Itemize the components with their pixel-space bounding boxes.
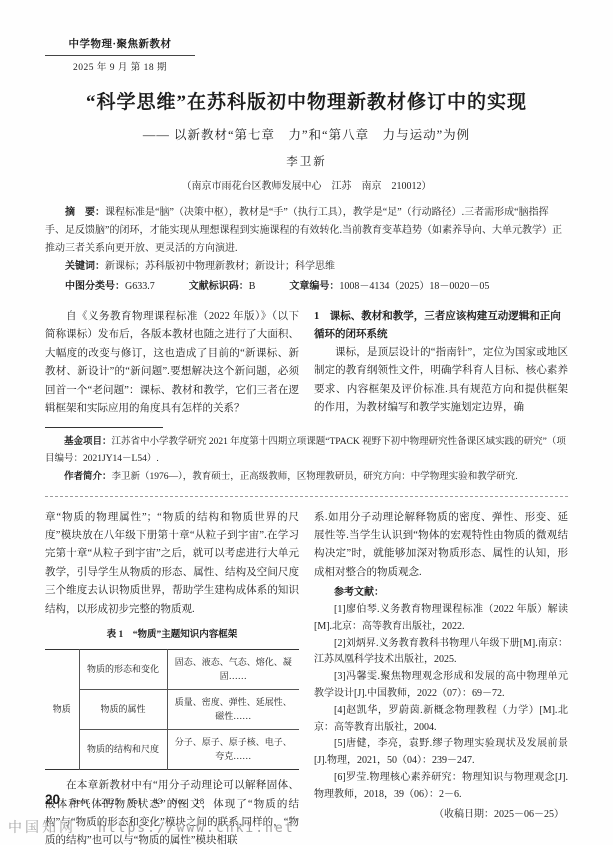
abstract-text: 课程标准是“脑”（决策中枢），教材是“手”（执行工具），教学是“足”（行动路径）…: [45, 207, 562, 254]
cnki-url: https://www.cnki.net: [98, 821, 295, 836]
table-row: 物质的属性 质量、密度、弹性、延展性、磁性……: [45, 690, 299, 730]
author-affiliation: （南京市雨花台区教师发展中心 江苏 南京 210012）: [45, 177, 568, 192]
footnote-rule: [45, 427, 163, 428]
journal-page: 中学物理·聚焦新教材 2025 年 9 月 第 18 期 “科学思维”在苏科版初…: [0, 0, 613, 845]
reference-item: [2]刘炳昇.义务教育教科书物理八年级下册[M].南京：江苏凤凰科学技术出版社，…: [314, 636, 568, 670]
table-category-cell: 物质的结构和尺度: [79, 730, 167, 770]
table-caption: 表 1 “物质”主题知识内容框架: [45, 627, 299, 644]
abstract-block: 摘 要：课程标准是“脑”（决策中枢），教材是“手”（执行工具），教学是“足”（行…: [45, 204, 568, 296]
table-items-cell: 固态、液态、气态、熔化、凝固……: [167, 650, 299, 690]
knowledge-table: 物质 物质的形态和变化 固态、液态、气态、熔化、凝固…… 物质的属性 质量、密度…: [45, 649, 299, 770]
section1-heading: 1 课标、教材和教学，三者应该构建互动逻辑和正向循环的闭环系统: [314, 308, 568, 344]
author-bio-label: 作者简介：: [64, 472, 112, 482]
author-name: 李卫新: [45, 153, 568, 169]
masthead: 中学物理·聚焦新教材 2025 年 9 月 第 18 期: [45, 0, 195, 73]
keywords-text: 新课标；苏科版初中物理新教材；新设计；科学思维: [105, 261, 335, 272]
author-bio-line: 作者简介：李卫新（1976—），教育硕士，正高级教师，区物理教研员，研究方向：中…: [45, 469, 568, 487]
section2-left-paragraph1: 章“物质的物理属性”；“物质的结构和物质世界的尺度”模块放在八年级下册第十章“从…: [45, 509, 299, 620]
table-items-cell: 分子、原子、原子核、电子、夸克……: [167, 730, 299, 770]
left-column-top: 自《义务教育物理课程标准（2022 年版）》（以下简称课标）发布后，各版本教材也…: [45, 308, 299, 419]
reference-item: [4]赵凯华，罗蔚茵.新概念物理教程（力学）[M].北京：高等教育出版社，200…: [314, 703, 568, 737]
article-no-label: 文章编号：: [289, 281, 339, 292]
table-row: 物质的结构和尺度 分子、原子、原子核、电子、夸克……: [45, 730, 299, 770]
right-column-bottom: 系.如用分子动理论解释物质的密度、弹性、形变、延展性等.当学生认识到“物体的宏观…: [314, 509, 568, 845]
article-no-segment: 文章编号：1008－4134（2025）18－0020－05: [289, 278, 489, 296]
abstract-paragraph: 摘 要：课程标准是“脑”（决策中枢），教材是“手”（执行工具），教学是“足”（行…: [45, 204, 568, 258]
table-subject-cell: 物质: [45, 650, 79, 770]
classification-line: 中图分类号：G633.7 文献标识码：B 文章编号：1008－4134（2025…: [45, 278, 568, 296]
doc-code-value: B: [249, 281, 256, 292]
page-number: 20: [45, 792, 60, 807]
funding-line: 基金项目：江苏省中小学教学研究 2021 年度第十四期立项课题“TPACK 视野…: [45, 434, 568, 469]
article-subtitle: —— 以新教材“第七章 力”和“第八章 力与运动”为例: [45, 125, 568, 143]
funding-label: 基金项目：: [64, 437, 112, 447]
received-date: （收稿日期：2025－06－25）: [314, 806, 568, 824]
table-category-cell: 物质的形态和变化: [79, 650, 167, 690]
doc-code-label: 文献标识码：: [189, 281, 249, 292]
article-title: “科学思维”在苏科版初中物理新教材修订中的实现: [45, 87, 568, 114]
funding-text: 江苏省中小学教学研究 2021 年度第十四期立项课题“TPACK 视野下初中物理…: [45, 437, 566, 465]
reference-item: [5]唐健，李亮，袁野.缪子物理实验现状及发展前景[J].物理，2021，50（…: [314, 736, 568, 770]
references-heading: 参考文献：: [314, 584, 568, 602]
intro-paragraph: 自《义务教育物理课程标准（2022 年版）》（以下简称课标）发布后，各版本教材也…: [45, 308, 299, 419]
footer-issue-info: Sept. 2025 Vol. 43 No. 18: [72, 795, 204, 807]
table-items-cell: 质量、密度、弹性、延展性、磁性……: [167, 690, 299, 730]
right-column-top: 1 课标、教材和教学，三者应该构建互动逻辑和正向循环的闭环系统 课标，是顶层设计…: [314, 308, 568, 419]
keywords-line: 关键词：新课标；苏科版初中物理新教材；新设计；科学思维: [45, 258, 568, 276]
journal-name: 中学物理·聚焦新教材: [45, 36, 195, 56]
abstract-label: 摘 要：: [65, 207, 105, 218]
cnki-site-name: 中国知网: [8, 817, 76, 837]
body-columns-top: 自《义务教育物理课程标准（2022 年版）》（以下简称课标）发布后，各版本教材也…: [45, 308, 568, 419]
reference-item: [3]冯馨雯.聚焦物理观念形成和发展的高中物理单元教学设计[J].中国教师，20…: [314, 669, 568, 703]
table-row: 物质 物质的形态和变化 固态、液态、气态、熔化、凝固……: [45, 650, 299, 690]
cnki-watermark: 中国知网 https://www.cnki.net: [8, 817, 295, 837]
table-category-cell: 物质的属性: [79, 690, 167, 730]
keywords-label: 关键词：: [65, 261, 105, 272]
section1-paragraph: 课标，是顶层设计的“指南针”，定位为国家或地区制定的教育纲领性文件，明确学科育人…: [314, 344, 568, 418]
reference-item: [1]廖伯琴.义务教育物理课程标准（2022 年版）解读[M].北京：高等教育出…: [314, 602, 568, 636]
doc-code-segment: 文献标识码：B: [189, 278, 256, 296]
funding-note: 基金项目：江苏省中小学教学研究 2021 年度第十四期立项课题“TPACK 视野…: [0, 434, 613, 487]
clc-label: 中图分类号：: [65, 281, 125, 292]
author-bio-text: 李卫新（1976—），教育硕士，正高级教师，区物理教研员，研究方向：中学物理实验…: [112, 472, 518, 482]
issue-date: 2025 年 9 月 第 18 期: [45, 56, 195, 73]
article-no-value: 1008－4134（2025）18－0020－05: [339, 281, 489, 292]
page-footer: 20 Sept. 2025 Vol. 43 No. 18: [45, 792, 204, 807]
references-list: [1]廖伯琴.义务教育物理课程标准（2022 年版）解读[M].北京：高等教育出…: [314, 602, 568, 804]
dotted-separator: [45, 496, 568, 497]
clc-segment: 中图分类号：G633.7: [45, 278, 155, 296]
clc-value: G633.7: [125, 281, 155, 292]
section2-right-paragraph: 系.如用分子动理论解释物质的密度、弹性、形变、延展性等.当学生认识到“物体的宏观…: [314, 509, 568, 583]
reference-item: [6]罗莹.物理核心素养研究：物理知识与物理观念[J].物理教师，2018，39…: [314, 770, 568, 804]
